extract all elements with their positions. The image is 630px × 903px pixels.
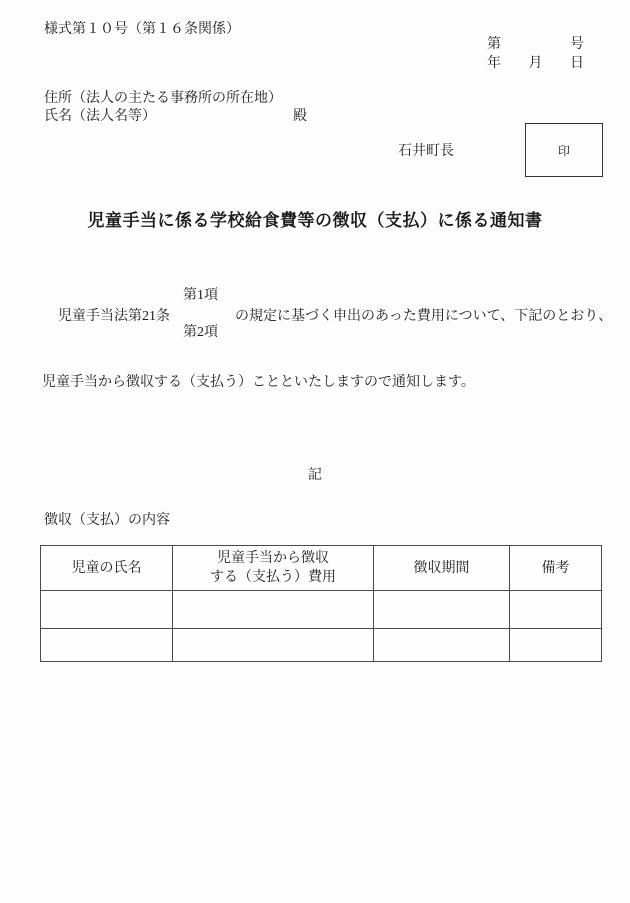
page: 様式第１０号（第１６条関係） 第 号 年 月 日 住所（法人の主たる事務所の所在… (0, 0, 630, 903)
table-cell-deduction-cost (173, 629, 374, 662)
table-caption: 徴収（支払）の内容 (44, 513, 170, 529)
date-day: 日 (570, 56, 584, 72)
mayor-name: 石井町長 (398, 144, 454, 160)
clause-continuation: の規定に基づく申出のあった費用について、下記のとおり、 (235, 309, 612, 325)
seal-box: 印 (525, 123, 603, 177)
header-cell-remarks: 備考 (510, 546, 602, 591)
table-row (41, 629, 602, 662)
doc-number-dai: 第 (487, 37, 501, 53)
seal-label: 印 (558, 142, 570, 159)
table-row (41, 591, 602, 629)
content-table: 児童の氏名 児童手当から徴収 する（支払う）費用 徴収期間 備考 (40, 545, 602, 662)
table-cell-child-name (41, 629, 173, 662)
table-cell-period (374, 629, 510, 662)
table-cell-remarks (510, 629, 602, 662)
recipient-address-label: 住所（法人の主たる事務所の所在地） (44, 91, 282, 107)
header-cell-period: 徴収期間 (374, 546, 510, 591)
clause-item1: 第1項 (183, 288, 218, 304)
table-cell-remarks (510, 591, 602, 629)
document-title: 児童手当に係る学校給食費等の徴収（支払）に係る通知書 (0, 206, 630, 231)
date-year: 年 (487, 56, 501, 72)
table-cell-deduction-cost (173, 591, 374, 629)
table-cell-child-name (41, 591, 173, 629)
date-month: 月 (529, 56, 543, 72)
table-header-row: 児童の氏名 児童手当から徴収 する（支払う）費用 徴収期間 備考 (41, 546, 602, 591)
doc-number-line: 第 号 (487, 37, 584, 53)
clause-law: 児童手当法第21条 (58, 309, 170, 325)
honorific-dono: 殿 (293, 109, 307, 125)
header-cell-deduction-cost-line1: 児童手当から徴収 (173, 549, 373, 568)
date-line: 年 月 日 (487, 56, 584, 72)
header-cell-deduction-cost: 児童手当から徴収 する（支払う）費用 (173, 546, 374, 591)
ki-heading: 記 (0, 464, 630, 484)
table-cell-period (374, 591, 510, 629)
header-cell-deduction-cost-line2: する（支払う）費用 (173, 568, 373, 587)
recipient-name-label: 氏名（法人名等） (44, 109, 156, 125)
doc-number-go: 号 (570, 37, 584, 53)
header-cell-child-name: 児童の氏名 (41, 546, 173, 591)
form-number: 様式第１０号（第１６条関係） (44, 22, 240, 38)
notice-body-line: 児童手当から徴収する（支払う）ことといたしますので通知します。 (42, 375, 475, 391)
clause-item2: 第2項 (183, 325, 218, 341)
